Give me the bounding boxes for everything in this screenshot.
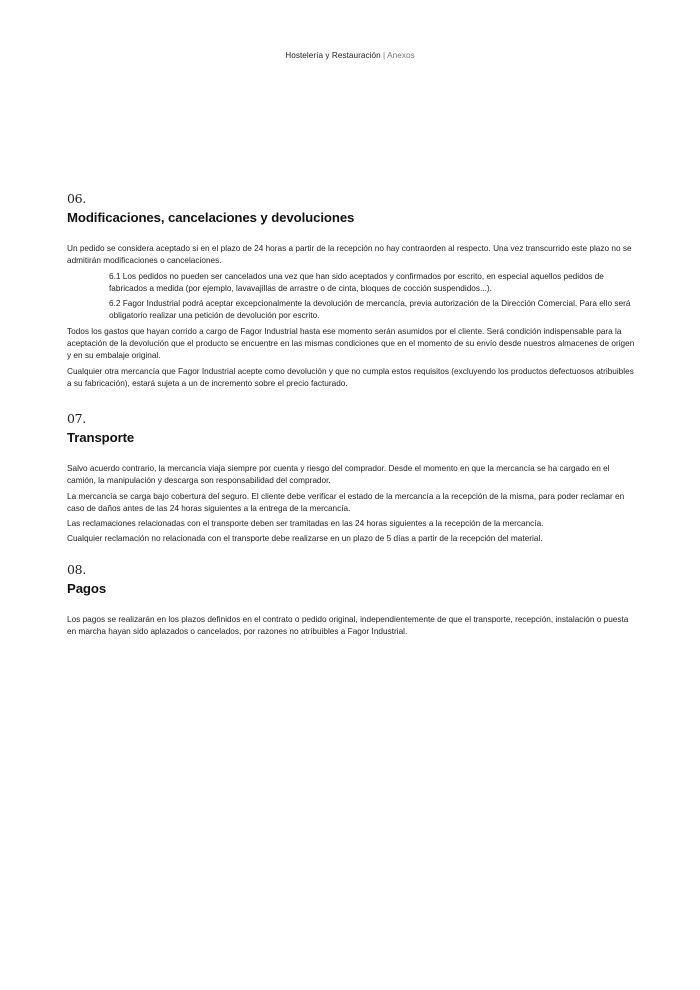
section-number: 06.: [67, 192, 637, 206]
header-subtitle: Anexos: [387, 51, 415, 60]
paragraph: Cualquier otra mercancía que Fagor Indus…: [67, 366, 637, 391]
section-number: 07.: [67, 412, 637, 426]
paragraph: Los pagos se realizarán en los plazos de…: [67, 614, 637, 639]
paragraph-6-1: 6.1 Los pedidos no pueden ser cancelados…: [67, 271, 637, 296]
header-separator: |: [383, 51, 385, 60]
section-title: Pagos: [67, 581, 637, 597]
section-transporte: 07. Transporte Salvo acuerdo contrario, …: [67, 412, 637, 549]
section-number: 08.: [67, 563, 637, 577]
section-modificaciones: 06. Modificaciones, cancelaciones y devo…: [67, 192, 637, 393]
section-title: Transporte: [67, 430, 637, 446]
paragraph: Las reclamaciones relacionadas con el tr…: [67, 518, 637, 530]
section-pagos: 08. Pagos Los pagos se realizarán en los…: [67, 563, 637, 642]
section-title: Modificaciones, cancelaciones y devoluci…: [67, 210, 637, 226]
paragraph: La mercancía se carga bajo cobertura del…: [67, 491, 637, 516]
paragraph-6-2: 6.2 Fagor Industrial podrá aceptar excep…: [67, 298, 637, 323]
section-body: Salvo acuerdo contrario, la mercancía vi…: [67, 463, 637, 546]
paragraph: Cualquier reclamación no relacionada con…: [67, 533, 637, 545]
section-body: Los pagos se realizarán en los plazos de…: [67, 614, 637, 639]
section-body: Un pedido se considera aceptado si en el…: [67, 243, 637, 390]
page-header: Hostelería y Restauración | Anexos: [0, 51, 700, 60]
header-title: Hostelería y Restauración: [285, 51, 380, 60]
paragraph: Salvo acuerdo contrario, la mercancía vi…: [67, 463, 637, 488]
paragraph: Todos los gastos que hayan corrido a car…: [67, 326, 637, 363]
paragraph: Un pedido se considera aceptado si en el…: [67, 243, 637, 268]
